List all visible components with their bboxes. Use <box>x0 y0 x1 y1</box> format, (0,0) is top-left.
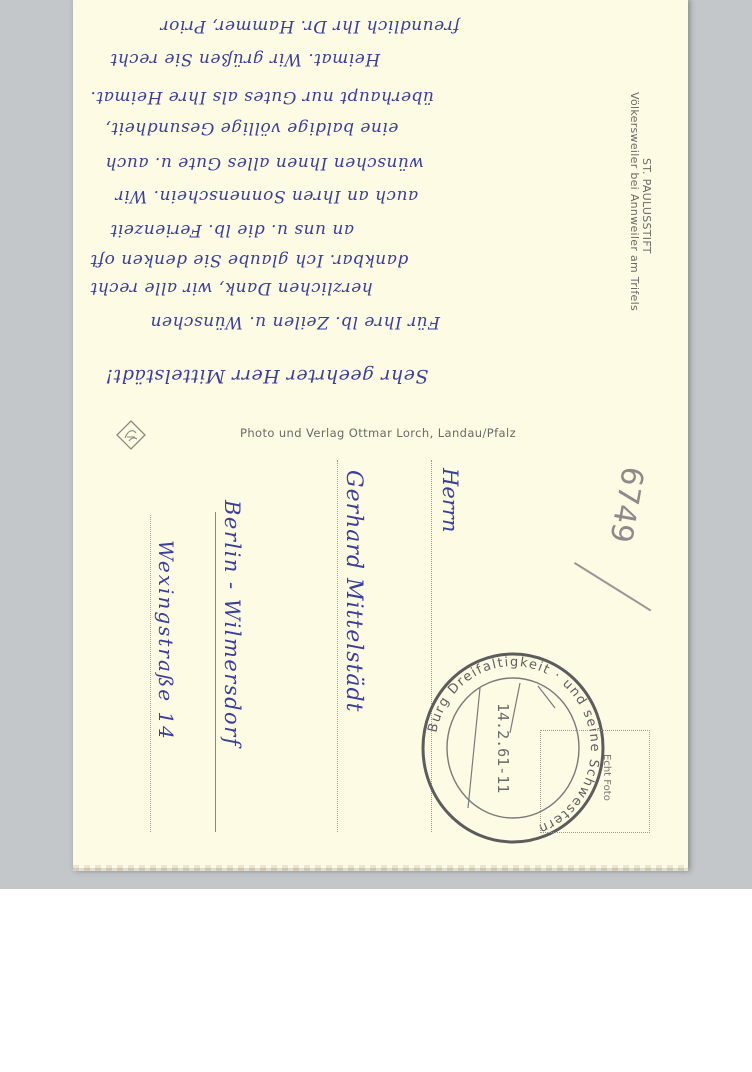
address-recipient-name: Gerhard Mittelstädt <box>341 470 366 712</box>
caption-subtitle: Völkersweiler bei Annweiler am Trifels <box>627 92 641 311</box>
caption-title: ST. PAULUSSTIFT <box>639 158 653 254</box>
message-line: eine baldige völlige Gesundheit, <box>105 118 398 138</box>
message-line: herzlichen Dank, wir alle recht <box>90 278 373 298</box>
message-salutation: Sehr geehrter Herr Mittelstädt! <box>105 365 428 387</box>
address-recipient-title: Herrn <box>438 468 462 532</box>
message-line: freundlich Ihr Dr. Hammer, Prior <box>160 16 460 36</box>
svg-text:14.2.61-11: 14.2.61-11 <box>494 703 512 793</box>
message-line: auch an Ihren Sonnenschein. Wir <box>115 186 418 206</box>
message-line: an uns u. die lb. Ferienzeit <box>110 220 354 240</box>
address-line-4 <box>150 515 151 832</box>
message-line: Heimat. Wir grüßen Sie recht <box>110 49 380 69</box>
address-line-3 <box>215 512 216 832</box>
stamp-placeholder-box: Echt Foto <box>540 730 650 833</box>
message-line: Für Ihre lb. Zeilen u. Wünschen <box>150 312 440 332</box>
publisher-logo-icon <box>116 420 146 450</box>
message-line: dankbar. Ich glaube Sie denken oft <box>90 250 408 270</box>
publisher-line: Photo und Verlag Ottmar Lorch, Landau/Pf… <box>240 426 516 440</box>
address-city: Berlin - Wilmersdorf <box>220 500 244 747</box>
message-line: wünschen Ihnen alles Gute u. auch <box>105 153 424 173</box>
message-line: überhaupt nur Gutes als Ihre Heimat. <box>90 87 434 107</box>
address-street: Wexingstraße 14 <box>154 540 178 741</box>
stamp-box-label: Echt Foto <box>601 754 612 801</box>
address-line-2 <box>337 460 338 832</box>
